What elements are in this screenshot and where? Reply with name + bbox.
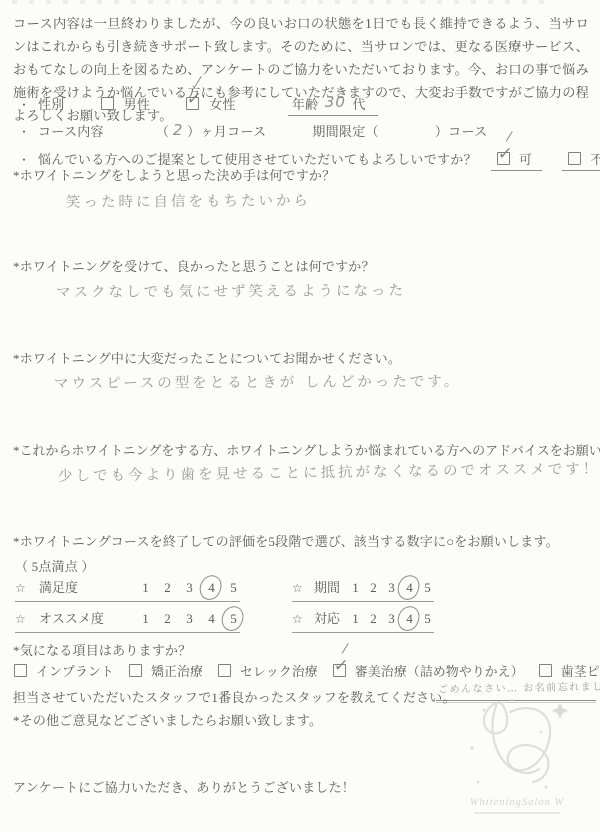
course-paren-open: （ [156,121,169,140]
interest-option: 矯正治療 [129,661,203,680]
rating-number: 2 [367,611,380,627]
bullet: ・ [18,96,32,113]
consent-ng-checkbox [568,152,581,165]
rating-number: 3 [183,580,196,596]
option-checkbox [333,664,346,677]
consent-ok-checkbox [497,152,510,165]
question-1: *ホワイトニングをしようと思った決め手は何ですか？ [13,165,335,184]
gender-row: ・ 性別 男性 女性 年齢 30 代 [18,94,378,116]
rating-number: 5 [227,580,240,596]
option-label: セレック治療 [240,661,318,680]
rating-number: 4 [403,611,416,627]
interest-options-row: インプラント 矯正治療 セレック治療 審美治療（詰め物やりかえ） 歯茎ピーリング [14,661,600,680]
rating-label: 満足度 [39,577,78,596]
answer-3: マウスピースの型をとるときが しんどかったです。 [54,370,461,393]
option-label: 矯正治療 [151,661,203,680]
option-label: インプラント [36,661,114,680]
rating-number: 3 [385,580,398,596]
question-2: *ホワイトニングを受けて、良かったと思うことは何ですか？ [13,256,375,275]
rating-scale: 1 2 3 4 5 [130,580,240,596]
rating-label: オススメ度 [39,608,104,627]
star-icon: ☆ [292,581,314,596]
rating-number: 1 [349,580,362,596]
male-label: 男性 [124,94,151,113]
question-3: *ホワイトニング中に大変だったことについてお聞かせください。 [13,348,401,367]
thanks-message: アンケートにご協力いただき、ありがとうございました！ [13,777,355,796]
star-icon: ☆ [15,612,39,627]
consent-ok-label: 可 [519,149,532,168]
rating-number: 1 [139,580,152,596]
staff-question: 担当させていただいたスタッフで1番良かったスタッフを教えてください。 [13,687,456,706]
female-checkbox [186,97,199,110]
rating-number: 2 [161,580,174,596]
gender-label: 性別 [38,94,65,113]
rating-scale: 1 2 3 4 5 [344,580,434,596]
option-checkbox [129,664,142,677]
star-icon: ☆ [15,581,39,596]
rating-number: 4 [205,611,218,627]
rating-row-duration: ☆ 期間 1 2 3 4 5 [292,577,434,602]
course-label: コース内容 [38,121,104,140]
course-limited-close: ）コース [435,121,488,140]
course-value: 2 [169,121,187,139]
rating-number: 1 [139,611,152,627]
interest-question: *気になる項目はありますか？ [13,640,191,659]
rating-subtitle: （ 5点満点 ） [15,556,95,575]
rating-scale: 1 2 3 4 5 [344,611,434,627]
course-limited-open: 期間限定（ [312,121,379,140]
rating-number: 5 [421,611,434,627]
star-icon: ☆ [292,612,314,627]
logo-monogram-icon [442,690,592,792]
logo-tagline [474,812,560,814]
rating-label: 対応 [314,608,340,627]
option-checkbox [539,664,552,677]
rating-number: 4 [403,580,416,596]
age-field: 年齢 30 代 [288,94,378,116]
answer-1: 笑った時に自信をもちたいから [66,189,311,212]
bullet: ・ [18,123,32,140]
logo-name: WhiteningSalon W [438,797,596,808]
rating-label: 期間 [314,577,340,596]
consent-ng-label: 不可 [590,149,600,168]
salon-logo: WhiteningSalon W [438,690,596,814]
rating-title: *ホワイトニングコースを終了しての評価を5段階で選び、該当する数字に○をお願いし… [13,531,559,550]
course-paren-close: ）ヶ月コース [187,121,266,140]
answer-4: 少しでも今より歯を見せることに抵抗がなくなるのでオススメです！ [58,457,600,486]
rating-number: 3 [385,611,398,627]
questionnaire-scan: コース内容は一旦終わりましたが、今の良いお口の状態を1日でも長く維持できるよう、… [0,0,600,832]
answer-2: マスクなしでも気にせず笑えるようになった [56,279,406,302]
scan-artifact [12,0,552,4]
rating-number: 2 [161,611,174,627]
option-checkbox [218,664,231,677]
rating-row-recommend: ☆ オススメ度 1 2 3 4 5 [15,608,240,633]
rating-row-service: ☆ 対応 1 2 3 4 5 [292,608,434,633]
option-checkbox [14,664,27,677]
rating-number: 3 [183,611,196,627]
age-label: 年齢 [292,94,319,113]
age-value: 30 [318,93,352,111]
consent-ok-field: 可 [491,149,542,171]
rating-number: 4 [205,580,218,596]
male-checkbox [101,97,114,110]
rating-number: 5 [421,580,434,596]
interest-option: セレック治療 [218,661,318,680]
consent-ng-field: 不可 [562,149,600,171]
rating-row-satisfaction: ☆ 満足度 1 2 3 4 5 [15,577,240,602]
rating-number: 2 [367,580,380,596]
age-suffix: 代 [352,94,365,113]
rating-number: 1 [349,611,362,627]
option-label: 審美治療（詰め物やりかえ） [355,661,524,680]
interest-option: インプラント [14,661,114,680]
rating-number: 5 [227,611,240,627]
question-4: *これからホワイトニングをする方、ホワイトニングしようか悩まれている方へのアドバ… [13,440,600,459]
course-row: ・ コース内容 （ 2 ）ヶ月コース 期間限定（ ）コース [18,121,487,140]
female-label: 女性 [209,94,236,113]
rating-scale: 1 2 3 4 5 [130,611,240,627]
interest-option: 審美治療（詰め物やりかえ） [333,661,524,680]
other-question: *その他ご意見などございましたらお願い致します。 [13,710,322,729]
